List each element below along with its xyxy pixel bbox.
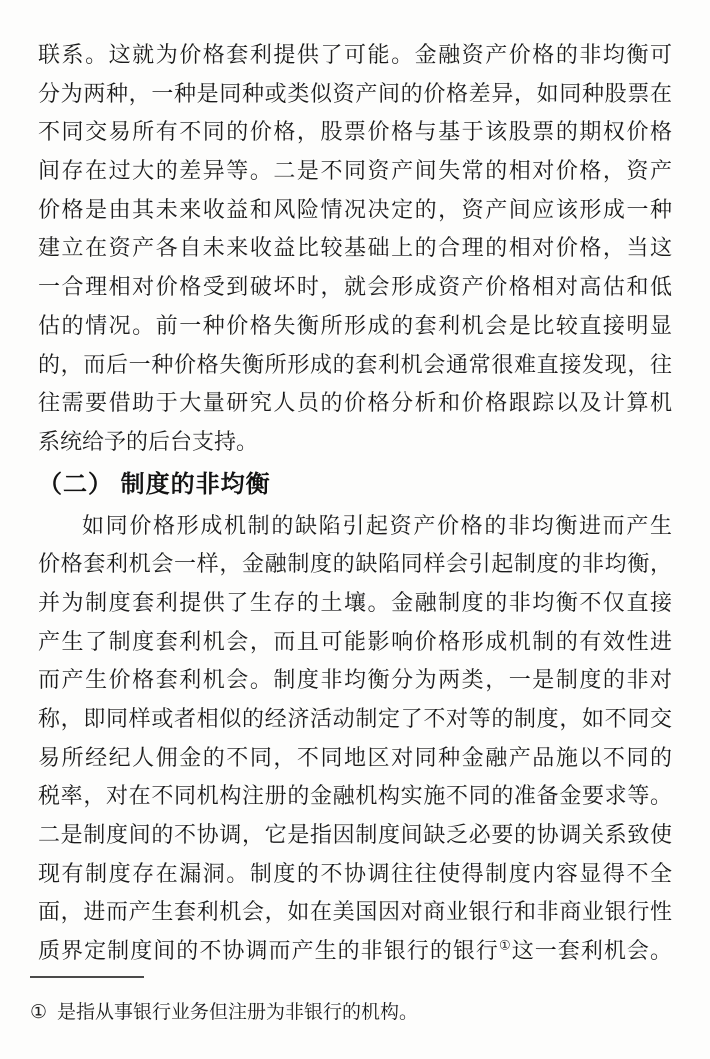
footnote-text: 是指从事银行业务但注册为非银行的机构。 [57,1002,418,1023]
footnote-marker: ① [30,1002,47,1023]
text-line: 称，即同样或者相似的经济活动制定了不对等的制度，如不同交 [38,700,672,739]
page-body: 联系。这就为价格套利提供了可能。金融资产价格的非均衡可 分为两种，一种是同种或类… [38,36,672,971]
text-line: 估的情况。前一种价格失衡所形成的套利机会是比较直接明显 [38,307,672,346]
text-line: 税率，对在不同机构注册的金融机构实施不同的准备金要求等。 [38,777,672,816]
text-line: 产生了制度套利机会，而且可能影响价格形成机制的有效性进 [38,623,672,662]
footnote: ①是指从事银行业务但注册为非银行的机构。 [30,1000,670,1026]
text-segment: 这一套利机会。 [512,938,672,963]
text-line: 一合理相对价格受到破坏时，就会形成资产价格相对高估和低 [38,268,672,307]
text-line: 而产生价格套利机会。制度非均衡分为两类，一是制度的非对 [38,661,672,700]
text-line-with-footnote-ref: 质界定制度间的不协调而产生的非银行的银行①这一套利机会。 [38,932,672,971]
section-heading: （二） 制度的非均衡 [38,462,672,507]
text-line: 的，而后一种价格失衡所形成的套利机会通常很难直接发现，往 [38,346,672,385]
footnote-area: ①是指从事银行业务但注册为非银行的机构。 [30,976,670,1026]
footnote-divider [30,976,144,978]
text-line: 不同交易所有不同的价格，股票价格与基于该股票的期权价格 [38,113,672,152]
text-line: 价格是由其未来收益和风险情况决定的，资产间应该形成一种 [38,191,672,230]
text-line: 现有制度存在漏洞。制度的不协调往往使得制度内容显得不全 [38,855,672,894]
book-page: 联系。这就为价格套利提供了可能。金融资产价格的非均衡可 分为两种，一种是同种或类… [0,0,710,1059]
text-line: 面，进而产生套利机会，如在美国因对商业银行和非商业银行性 [38,893,672,932]
text-line: 联系。这就为价格套利提供了可能。金融资产价格的非均衡可 [38,36,672,75]
text-line: 二是制度间的不协调，它是指因制度间缺乏必要的协调关系致使 [38,816,672,855]
text-line: 系统给予的后台支持。 [38,423,672,462]
text-line: 并为制度套利提供了生存的土壤。金融制度的非均衡不仅直接 [38,584,672,623]
footnote-ref-marker: ① [499,938,512,953]
text-line: 如同价格形成机制的缺陷引起资产价格的非均衡进而产生 [38,507,672,546]
text-segment: 质界定制度间的不协调而产生的非银行的银行 [38,938,499,963]
text-line: 建立在资产各自未来收益比较基础上的合理的相对价格，当这 [38,229,672,268]
text-line: 价格套利机会一样，金融制度的缺陷同样会引起制度的非均衡， [38,545,672,584]
text-line: 间存在过大的差异等。二是不同资产间失常的相对价格，资产 [38,152,672,191]
paragraph-institutional-disequilibrium: 如同价格形成机制的缺陷引起资产价格的非均衡进而产生 价格套利机会一样，金融制度的… [38,507,672,971]
text-line: 分为两种，一种是同种或类似资产间的价格差异，如同种股票在 [38,75,672,114]
text-line: 往需要借助于大量研究人员的价格分析和价格跟踪以及计算机 [38,384,672,423]
text-line: 易所经纪人佣金的不同，不同地区对同种金融产品施以不同的 [38,739,672,778]
paragraph-price-disequilibrium: 联系。这就为价格套利提供了可能。金融资产价格的非均衡可 分为两种，一种是同种或类… [38,36,672,462]
